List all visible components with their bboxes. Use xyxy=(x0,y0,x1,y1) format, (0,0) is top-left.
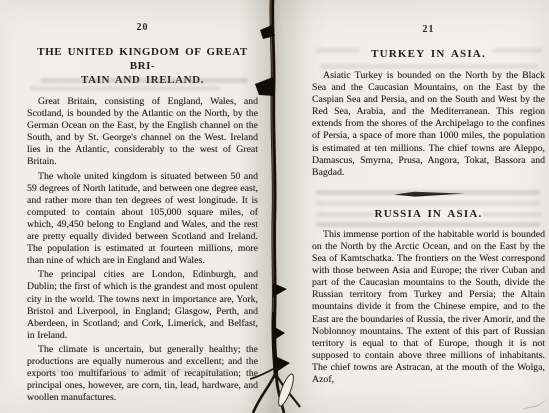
russia-section-body: This immense portion of the habitable wo… xyxy=(312,229,545,386)
paragraph-principal-cities: The principal cities are London, Edinbur… xyxy=(27,269,258,342)
section-divider-rule xyxy=(394,191,464,198)
paragraph-latitude-area-population: The whole united kingdom is situated bet… xyxy=(27,171,258,268)
chapter-title-line2: TAIN AND IRELAND. xyxy=(27,73,258,87)
page-number-left: 20 xyxy=(27,22,258,33)
paragraph-britain-bounds: Great Britain, consisting of England, Wa… xyxy=(27,96,258,169)
chapter-title-united-kingdom: THE UNITED KINGDOM OF GREAT BRI- TAIN AN… xyxy=(27,45,258,87)
paragraph-turkey-bounds: Asiatic Turkey is bounded on the North b… xyxy=(312,70,545,179)
section-title-turkey-in-asia: TURKEY IN ASIA. xyxy=(312,48,545,60)
chapter-title-line1: THE UNITED KINGDOM OF GREAT BRI- xyxy=(27,45,258,73)
left-page-body: Great Britain, consisting of England, Wa… xyxy=(27,96,258,404)
turkey-section-body: Asiatic Turkey is bounded on the North b… xyxy=(312,70,545,179)
paragraph-russia-bounds: This immense portion of the habitable wo… xyxy=(312,229,545,386)
paragraph-climate-exports: The climate is uncertain, but generally … xyxy=(27,344,258,404)
right-page: 21 TURKEY IN ASIA. Asiatic Turkey is bou… xyxy=(312,0,545,388)
section-title-russia-in-asia: RUSSIA IN ASIA. xyxy=(312,208,545,220)
page-curl-mark xyxy=(520,387,549,409)
page-number-right: 21 xyxy=(312,24,545,35)
book-scan: 20 THE UNITED KINGDOM OF GREAT BRI- TAIN… xyxy=(0,0,549,413)
left-page: 20 THE UNITED KINGDOM OF GREAT BRI- TAIN… xyxy=(27,0,258,406)
